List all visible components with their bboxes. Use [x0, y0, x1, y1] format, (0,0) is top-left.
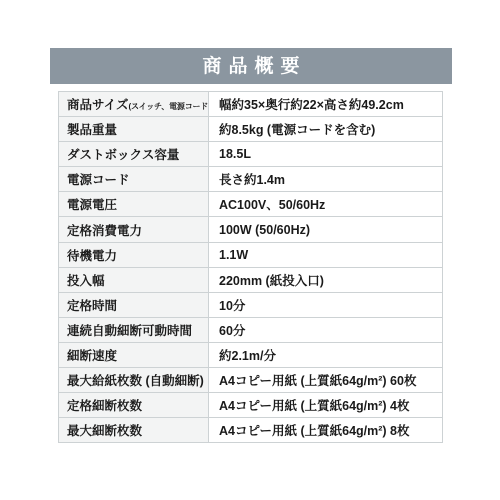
table-row: 電源コード長さ約1.4m [59, 167, 443, 192]
spec-label: 電源電圧 [59, 192, 209, 217]
spec-value: A4コピー用紙 (上質紙64g/m²) 4枚 [209, 393, 443, 418]
table-row: 定格時間10分 [59, 292, 443, 317]
spec-label-note: (スイッチ、電源コード含まず) [129, 102, 209, 111]
spec-value: 100W (50/60Hz) [209, 217, 443, 242]
table-row: ダストボックス容量18.5L [59, 142, 443, 167]
table-row: 定格消費電力100W (50/60Hz) [59, 217, 443, 242]
table-row: 製品重量約8.5kg (電源コードを含む) [59, 117, 443, 142]
spec-value: 60分 [209, 317, 443, 342]
spec-label: 電源コード [59, 167, 209, 192]
spec-value: AC100V、50/60Hz [209, 192, 443, 217]
page-title: 商品概要 [195, 57, 306, 76]
table-row: 細断速度約2.1m/分 [59, 342, 443, 367]
table-row: 定格細断枚数A4コピー用紙 (上質紙64g/m²) 4枚 [59, 393, 443, 418]
table-row: 待機電力1.1W [59, 242, 443, 267]
table-row: 電源電圧AC100V、50/60Hz [59, 192, 443, 217]
spec-value: 約2.1m/分 [209, 342, 443, 367]
spec-label: 細断速度 [59, 342, 209, 367]
spec-value: 10分 [209, 292, 443, 317]
spec-value: 220mm (紙投入口) [209, 267, 443, 292]
spec-label: 定格細断枚数 [59, 393, 209, 418]
spec-label: 最大給紙枚数 (自動細断) [59, 368, 209, 393]
spec-table: 商品サイズ(スイッチ、電源コード含まず)幅約35×奥行約22×高さ約49.2cm… [58, 91, 443, 443]
section-header-bar: 商品概要 [50, 48, 452, 84]
spec-label: 定格消費電力 [59, 217, 209, 242]
table-row: 連続自動細断可動時間60分 [59, 317, 443, 342]
spec-label: 待機電力 [59, 242, 209, 267]
spec-label: 最大細断枚数 [59, 418, 209, 443]
spec-value: 1.1W [209, 242, 443, 267]
spec-value: 幅約35×奥行約22×高さ約49.2cm [209, 92, 443, 117]
spec-value: A4コピー用紙 (上質紙64g/m²) 60枚 [209, 368, 443, 393]
spec-value: 約8.5kg (電源コードを含む) [209, 117, 443, 142]
spec-label: 連続自動細断可動時間 [59, 317, 209, 342]
product-spec-page: 商品概要 商品サイズ(スイッチ、電源コード含まず)幅約35×奥行約22×高さ約4… [0, 0, 500, 500]
table-row: 商品サイズ(スイッチ、電源コード含まず)幅約35×奥行約22×高さ約49.2cm [59, 92, 443, 117]
spec-label: 製品重量 [59, 117, 209, 142]
table-row: 最大給紙枚数 (自動細断)A4コピー用紙 (上質紙64g/m²) 60枚 [59, 368, 443, 393]
spec-value: 長さ約1.4m [209, 167, 443, 192]
spec-value: 18.5L [209, 142, 443, 167]
spec-label: 投入幅 [59, 267, 209, 292]
spec-label: 商品サイズ(スイッチ、電源コード含まず) [59, 92, 209, 117]
spec-table-body: 商品サイズ(スイッチ、電源コード含まず)幅約35×奥行約22×高さ約49.2cm… [59, 92, 443, 443]
table-row: 最大細断枚数A4コピー用紙 (上質紙64g/m²) 8枚 [59, 418, 443, 443]
spec-value: A4コピー用紙 (上質紙64g/m²) 8枚 [209, 418, 443, 443]
spec-label: ダストボックス容量 [59, 142, 209, 167]
spec-label: 定格時間 [59, 292, 209, 317]
table-row: 投入幅220mm (紙投入口) [59, 267, 443, 292]
